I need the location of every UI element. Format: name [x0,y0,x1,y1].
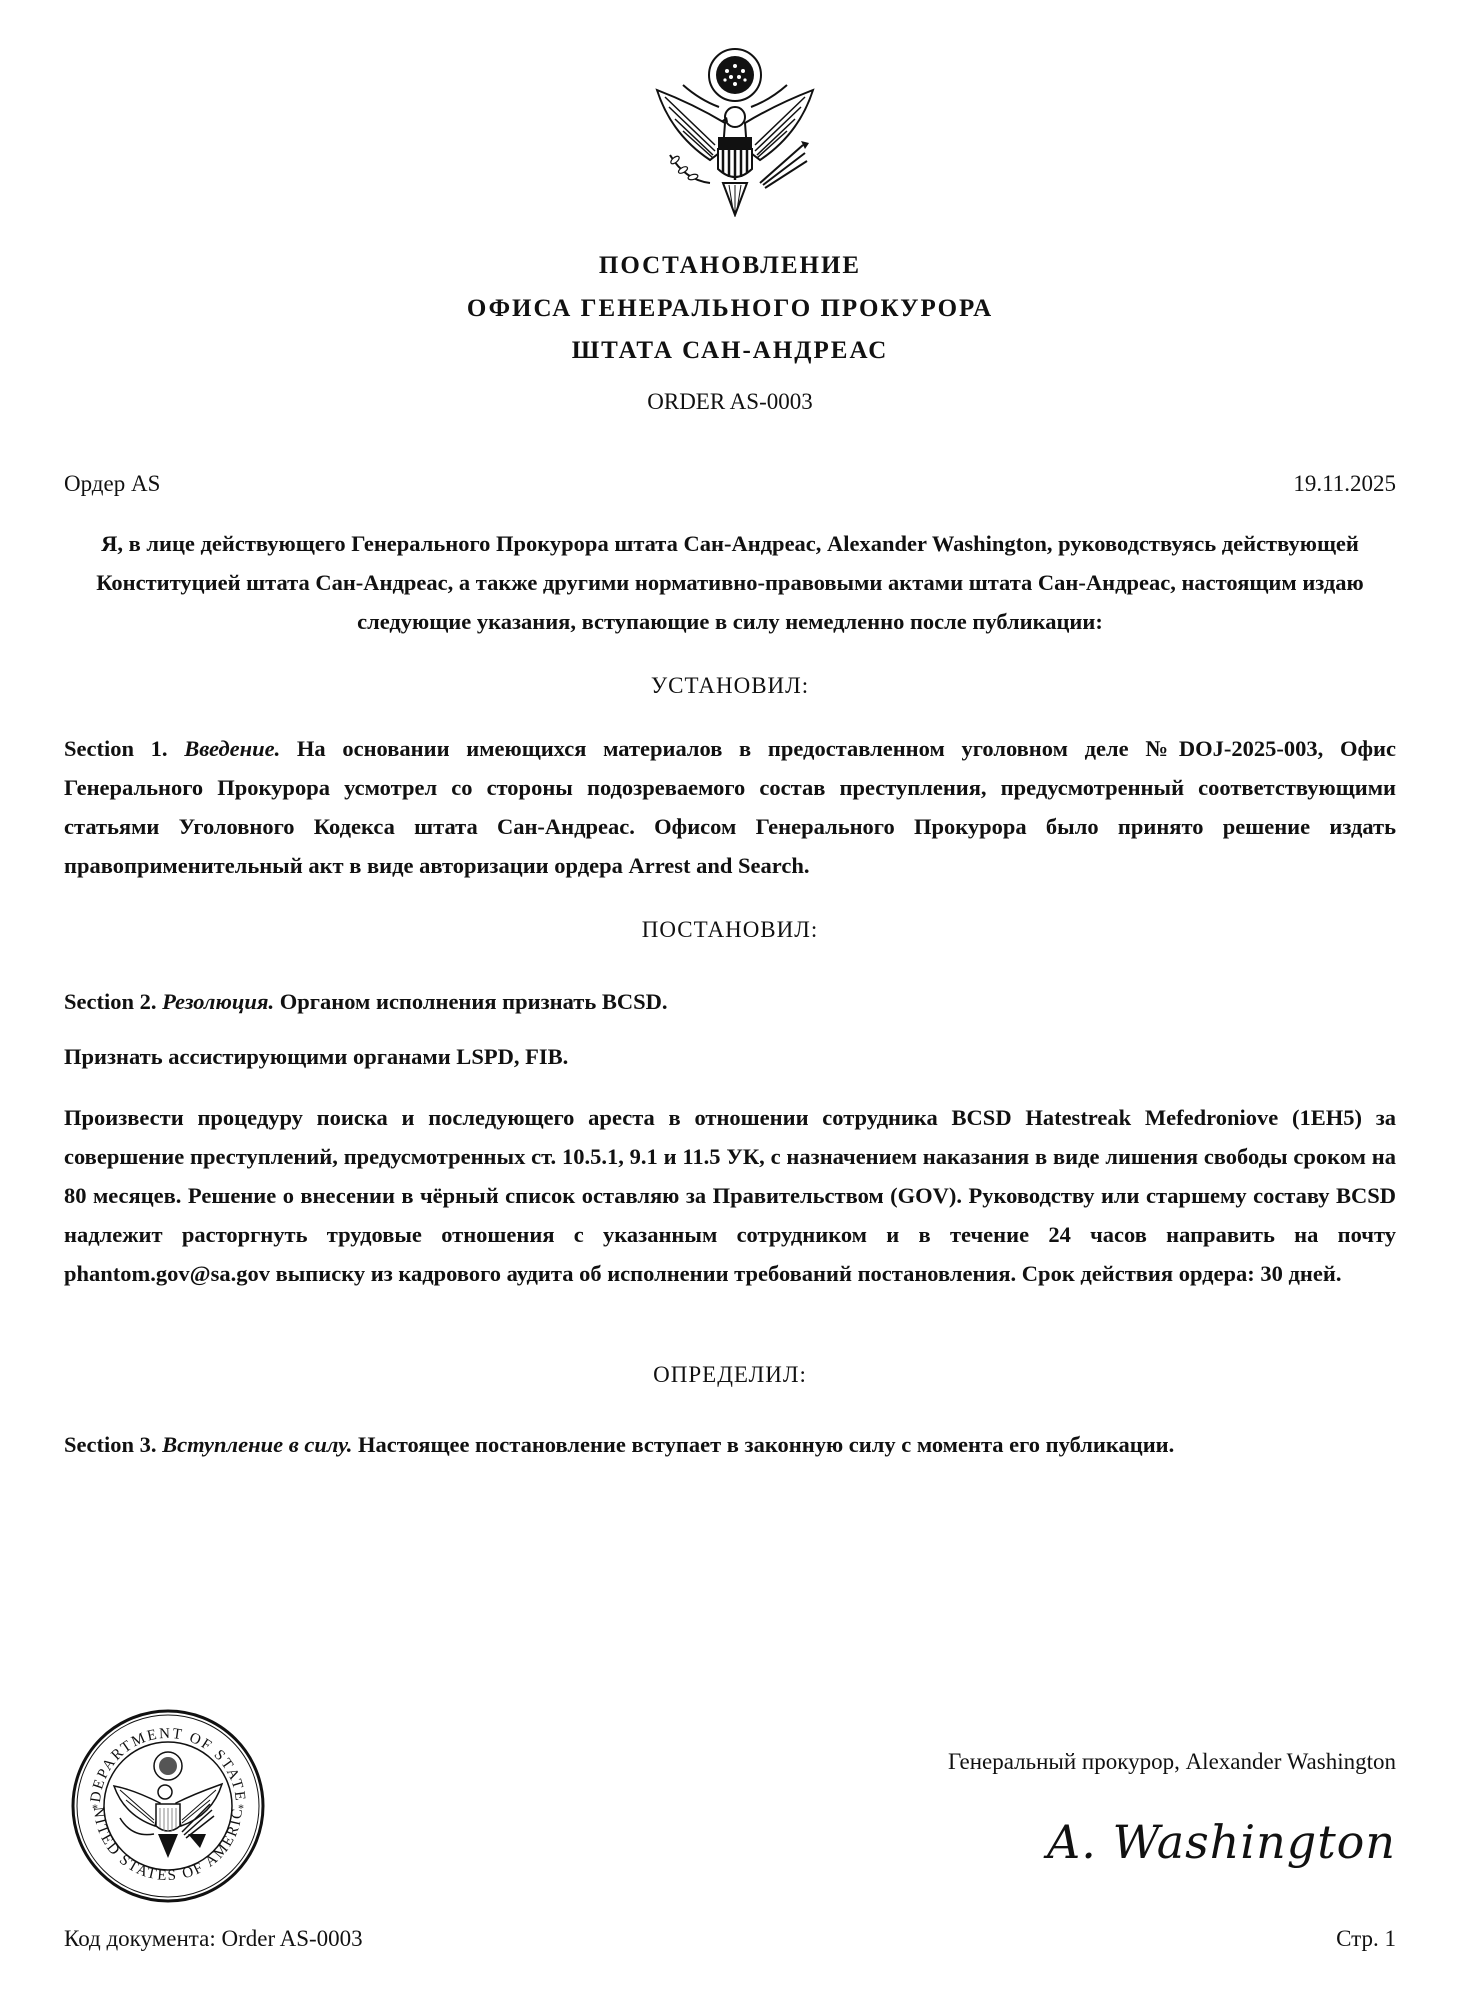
page-number: Стр. 1 [1336,1926,1396,1952]
arrest-instructions-paragraph: Произвести процедуру поиска и последующе… [64,1098,1396,1293]
section-3-text: Настоящее постановление вступает в закон… [358,1432,1174,1457]
svg-text:*: * [92,1801,98,1815]
document-title-line-3: ШТАТА САН-АНДРЕАС [0,337,1460,365]
signer-title: Генеральный прокурор, Alexander Washingt… [948,1749,1396,1775]
department-of-state-seal-icon: DEPARTMENT OF STATE UNITED STATES OF AME… [70,1708,266,1904]
heading-determined: ОПРЕДЕЛИЛ: [0,1362,1460,1388]
document-title-line-1: ПОСТАНОВЛЕНИЕ [0,252,1460,280]
section-2-label: Section 2. [64,989,157,1014]
section-1-label: Section 1. [64,736,168,761]
section-1-title: Введение. [184,736,280,761]
assisting-agencies-paragraph: Признать ассистирующими органами LSPD, F… [64,1037,1396,1076]
intro-paragraph: Я, в лице действующего Генерального Прок… [64,524,1396,641]
svg-text:*: * [238,1801,244,1815]
section-2-title: Резолюция. [162,989,274,1014]
section-2-text: Органом исполнения признать BCSD. [280,989,668,1014]
section-3-label: Section 3. [64,1432,157,1457]
heading-resolved: ПОСТАНОВИЛ: [0,917,1460,943]
document-code: Код документа: Order AS-0003 [64,1926,363,1952]
great-seal-eagle-icon [655,45,815,217]
section-1-paragraph: Section 1. Введение. На основании имеющи… [64,729,1396,885]
section-3-title: Вступление в силу. [162,1432,352,1457]
order-number: ORDER AS-0003 [0,389,1460,415]
order-type: Ордер AS [64,471,160,497]
handwritten-signature: A. Washington [1047,1815,1396,1869]
section-2-paragraph: Section 2. Резолюция. Органом исполнения… [64,982,1396,1021]
heading-established: УСТАНОВИЛ: [0,673,1460,699]
document-title-line-2: ОФИСА ГЕНЕРАЛЬНОГО ПРОКУРОРА [0,295,1460,323]
section-3-paragraph: Section 3. Вступление в силу. Настоящее … [64,1425,1396,1464]
document-date: 19.11.2025 [1293,471,1396,497]
